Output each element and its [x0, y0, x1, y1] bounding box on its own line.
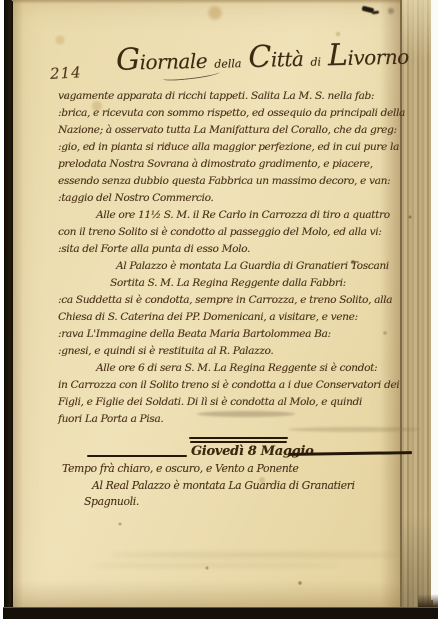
- binding-edge: [4, 0, 13, 615]
- ink-stroke: [372, 11, 379, 15]
- manuscript-line: Alle ore 11½ S. M. il Re Carlo in Carroz…: [96, 207, 424, 224]
- manuscript-line: in Carrozza con il Solito treno si è con…: [58, 377, 424, 394]
- ink-smudge-mark: [358, 3, 398, 19]
- scan-edge-bottom: [3, 607, 438, 619]
- manuscript-line: :gnesi, e quindi si è restituita al R. P…: [58, 343, 424, 360]
- divider-double-rule: [189, 437, 288, 439]
- title-word: Città: [248, 39, 304, 75]
- section-body: Tempo frà chiaro, e oscuro, e Vento a Po…: [62, 461, 422, 511]
- manuscript-line: Alle ore 6 di sera S. M. La Regina Regge…: [96, 360, 424, 377]
- manuscript-line: Al Palazzo è montata La Guardia di Grana…: [116, 258, 424, 275]
- section-date-heading: Giovedì 8 Maggio: [191, 444, 313, 459]
- manuscript-line: vagamente apparata di ricchi tappeti. Sa…: [58, 88, 424, 105]
- manuscript-line: Spagnuoli.: [84, 494, 422, 511]
- manuscript-line: fuori La Porta a Pisa.: [58, 411, 424, 428]
- manuscript-line: prelodata Nostra Sovrana à dimostrato gr…: [58, 156, 424, 173]
- manuscript-line: essendo senza dubbio questa Fabbrica un …: [58, 173, 424, 190]
- manuscript-line: :sita del Forte alla punta di esso Molo.: [58, 241, 424, 258]
- manuscript-line: Al Real Palazzo è montata La Guardia di …: [92, 478, 422, 495]
- manuscript-body: vagamente apparata di ricchi tappeti. Sa…: [58, 88, 424, 428]
- manuscript-line: Nazione; à osservato tutta La Manifattur…: [58, 122, 424, 139]
- manuscript-line: :gio, ed in pianta si riduce alla maggio…: [58, 139, 424, 156]
- title-word: di: [310, 55, 321, 68]
- divider-double-rule: [190, 441, 287, 443]
- manuscript-line: Chiesa di S. Caterina dei PP. Domenicani…: [58, 309, 424, 326]
- manuscript-line: :taggio del Nostro Commercio.: [58, 190, 424, 207]
- manuscript-line: con il treno Solito si è condotto al pas…: [58, 224, 424, 241]
- title-word: Livorno: [328, 37, 409, 74]
- manuscript-line: Tempo frà chiaro, e oscuro, e Vento a Po…: [62, 461, 422, 478]
- manuscript-line: :brica, e ricevuta con sommo rispetto, e…: [58, 105, 424, 122]
- page-number: 214: [50, 63, 83, 83]
- manuscript-scan: 214 Giornale della Città di Livorno vaga…: [0, 0, 438, 620]
- manuscript-line: Figli, e Figlie dei Soldati. Di lì si è …: [58, 394, 424, 411]
- manuscript-line: :ca Suddetta si è condotta, sempre in Ca…: [58, 292, 424, 309]
- page-title: Giornale della Città di Livorno: [116, 37, 377, 77]
- manuscript-line: Sortita S. M. La Regina Reggente dalla F…: [110, 275, 424, 292]
- scan-margin-right: [431, 0, 438, 600]
- ink-dot: [388, 8, 394, 14]
- manuscript-line: :rava L'Immagine della Beata Maria Barto…: [58, 326, 424, 343]
